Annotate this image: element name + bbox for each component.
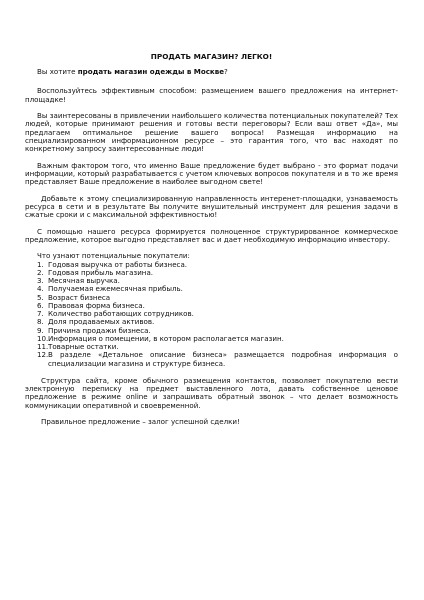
paragraph-site-structure: Структура сайта, кроме обычного размещен… [25,377,398,410]
intro-paragraph: Вы хотите продать магазин одежды в Москв… [25,68,398,76]
paragraph-buyers: Вы заинтересованы в привлечении наибольш… [25,112,398,153]
paragraph-format: Важным фактором того, что именно Ваше пр… [25,162,398,187]
paragraph-offer: С помощью нашего ресурса формируется пол… [25,228,398,245]
document-title: ПРОДАТЬ МАГАЗИН? ЛЕГКО! [25,52,398,62]
intro-suffix: ? [224,67,228,76]
buyer-info-list: 1.Годовая выручка от работы бизнеса. 2.Г… [25,261,398,368]
paragraph-platform: Воспользуйтесь эффективным способом: раз… [25,87,398,104]
closing-line: Правильное предложение – залог успешной … [25,418,398,426]
paragraph-specialization: Добавьте к этому специализированную напр… [25,195,398,220]
intro-bold-phrase: продать магазин одежды в Москве [78,67,224,76]
intro-prefix: Вы хотите [37,67,78,76]
list-item: 12.В разделе «Детальное описание бизнеса… [25,351,398,368]
document-page: ПРОДАТЬ МАГАЗИН? ЛЕГКО! Вы хотите продат… [25,52,398,435]
